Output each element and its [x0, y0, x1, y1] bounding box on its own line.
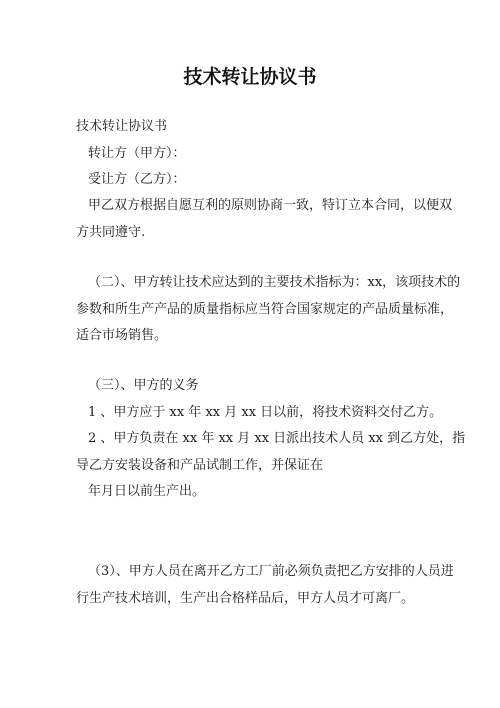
doc-line-section3-item1: 1 、甲方应于 xx 年 xx 月 xx 日以前，将技术资料交付乙方。: [88, 405, 442, 421]
doc-line-section3-item2-1: 2 、甲方负责在 xx 年 xx 月 xx 日派出技术人员 xx 到乙方处，指: [88, 431, 465, 447]
doc-line-section2-1: （二）、甲方转让技术应达到的主要技术指标为：xx，该项技术的: [88, 275, 460, 291]
doc-line-section2-2: 参数和所生产产品的质量指标应当符合国家规定的产品质量标准，: [76, 302, 453, 318]
doc-line-preamble-1: 甲乙双方根据自愿互利的原则协商一致，特订立本合同，以便双: [88, 198, 452, 214]
doc-line-preamble-2: 方共同遵守.: [76, 225, 145, 241]
document-title: 技术转让协议书: [0, 62, 500, 89]
doc-line-item3-2: 行生产技术培训，生产出合格样品后，甲方人员才可离厂。: [76, 591, 414, 607]
doc-line-section2-3: 适合市场销售。: [76, 328, 167, 344]
doc-line-section3-item2-3: 年月日以前生产出。: [88, 484, 205, 500]
document-page: 技术转让协议书 技术转让协议书 转让方（甲方）： 受让方（乙方）： 甲乙双方根据…: [0, 0, 500, 708]
doc-line-transferee: 受让方（乙方）：: [88, 172, 186, 188]
doc-line-item3-1: （3）、甲方人员在离开乙方工厂前必须负责把乙方安排的人员进: [88, 564, 454, 580]
doc-line-transferor: 转让方（甲方）：: [88, 146, 186, 162]
doc-line-heading: 技术转让协议书: [76, 119, 167, 135]
doc-line-section3-item2-2: 导乙方安装设备和产品试制工作，并保证在: [76, 458, 323, 474]
doc-line-section3-heading: （三）、甲方的义务: [88, 378, 199, 394]
